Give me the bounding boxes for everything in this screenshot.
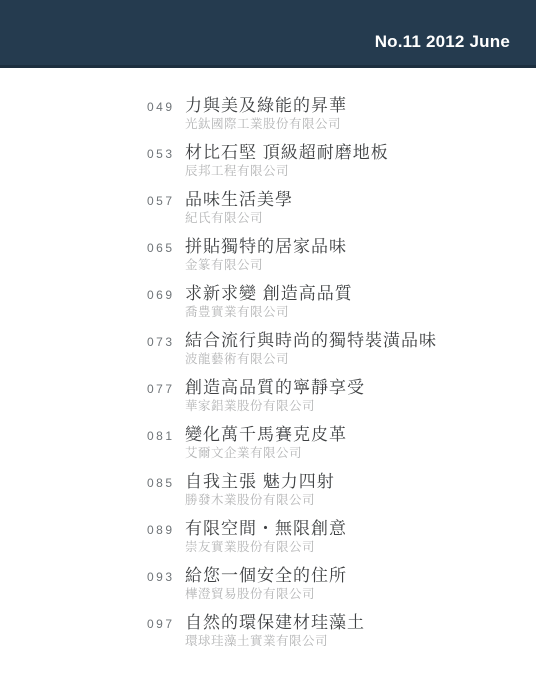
toc-entry-title: 品味生活美學	[185, 190, 527, 210]
toc-entry-title: 結合流行與時尚的獨特裝潢品味	[185, 331, 527, 351]
toc-entry-page-number: 065	[147, 241, 185, 255]
toc-entry-text: 自我主張 魅力四射 勝發木業股份有限公司	[185, 472, 527, 508]
toc-entry[interactable]: 053 材比石堅 頂級超耐磨地板 辰邦工程有限公司	[147, 143, 527, 190]
toc-entry[interactable]: 097 自然的環保建材珪藻土 環球珪藻土實業有限公司	[147, 613, 527, 660]
toc-entry-company: 光鈦國際工業股份有限公司	[185, 116, 527, 132]
toc-entry[interactable]: 049 力與美及綠能的昇華 光鈦國際工業股份有限公司	[147, 96, 527, 143]
toc-entry-company: 環球珪藻土實業有限公司	[185, 633, 527, 649]
toc-entry-page-number: 049	[147, 100, 185, 114]
toc-entry-company: 樺澄貿易股份有限公司	[185, 586, 527, 602]
toc-entry-page-number: 057	[147, 194, 185, 208]
toc-entry[interactable]: 093 給您一個安全的住所 樺澄貿易股份有限公司	[147, 566, 527, 613]
toc-entry-title: 變化萬千馬賽克皮革	[185, 425, 527, 445]
toc-entry-company: 喬豊實業有限公司	[185, 304, 527, 320]
toc-entry-text: 創造高品質的寧靜享受 華家鋁業股份有限公司	[185, 378, 527, 414]
toc-entry-page-number: 089	[147, 523, 185, 537]
toc-entry-company: 勝發木業股份有限公司	[185, 492, 527, 508]
toc-entry-title: 自然的環保建材珪藻土	[185, 613, 527, 633]
toc-entry-company: 波龍藝術有限公司	[185, 351, 527, 367]
toc-entry-text: 變化萬千馬賽克皮革 艾爾文企業有限公司	[185, 425, 527, 461]
toc-entry-page-number: 081	[147, 429, 185, 443]
toc-entry[interactable]: 077 創造高品質的寧靜享受 華家鋁業股份有限公司	[147, 378, 527, 425]
toc-entry-page-number: 069	[147, 288, 185, 302]
toc-entry-text: 拼貼獨特的居家品味 金篆有限公司	[185, 237, 527, 273]
toc-entry-page-number: 097	[147, 617, 185, 631]
toc-entry[interactable]: 085 自我主張 魅力四射 勝發木業股份有限公司	[147, 472, 527, 519]
toc-list: 049 力與美及綠能的昇華 光鈦國際工業股份有限公司 053 材比石堅 頂級超耐…	[147, 96, 527, 660]
toc-entry-text: 結合流行與時尚的獨特裝潢品味 波龍藝術有限公司	[185, 331, 527, 367]
toc-entry-title: 求新求變 創造高品質	[185, 284, 527, 304]
toc-entry-page-number: 073	[147, 335, 185, 349]
toc-entry-company: 華家鋁業股份有限公司	[185, 398, 527, 414]
toc-entry-text: 求新求變 創造高品質 喬豊實業有限公司	[185, 284, 527, 320]
toc-entry[interactable]: 069 求新求變 創造高品質 喬豊實業有限公司	[147, 284, 527, 331]
toc-entry-page-number: 077	[147, 382, 185, 396]
toc-entry-title: 有限空間・無限創意	[185, 519, 527, 539]
issue-label: No.11 2012 June	[375, 32, 510, 52]
toc-entry-company: 金篆有限公司	[185, 257, 527, 273]
toc-entry-title: 力與美及綠能的昇華	[185, 96, 527, 116]
toc-entry-company: 崇友實業股份有限公司	[185, 539, 527, 555]
toc-entry-text: 有限空間・無限創意 崇友實業股份有限公司	[185, 519, 527, 555]
toc-entry-text: 品味生活美學 紀氏有限公司	[185, 190, 527, 226]
toc-entry-title: 材比石堅 頂級超耐磨地板	[185, 143, 527, 163]
toc-entry[interactable]: 057 品味生活美學 紀氏有限公司	[147, 190, 527, 237]
toc-entry-page-number: 053	[147, 147, 185, 161]
toc-entry-company: 紀氏有限公司	[185, 210, 527, 226]
toc-entry[interactable]: 073 結合流行與時尚的獨特裝潢品味 波龍藝術有限公司	[147, 331, 527, 378]
toc-entry[interactable]: 081 變化萬千馬賽克皮革 艾爾文企業有限公司	[147, 425, 527, 472]
toc-entry-title: 創造高品質的寧靜享受	[185, 378, 527, 398]
toc-entry[interactable]: 089 有限空間・無限創意 崇友實業股份有限公司	[147, 519, 527, 566]
header-bar: No.11 2012 June	[0, 0, 536, 68]
toc-entry-page-number: 093	[147, 570, 185, 584]
toc-entry-text: 力與美及綠能的昇華 光鈦國際工業股份有限公司	[185, 96, 527, 132]
toc-entry-title: 給您一個安全的住所	[185, 566, 527, 586]
toc-entry-text: 給您一個安全的住所 樺澄貿易股份有限公司	[185, 566, 527, 602]
toc-entry-text: 自然的環保建材珪藻土 環球珪藻土實業有限公司	[185, 613, 527, 649]
toc-entry-text: 材比石堅 頂級超耐磨地板 辰邦工程有限公司	[185, 143, 527, 179]
toc-entry-page-number: 085	[147, 476, 185, 490]
toc-entry-title: 拼貼獨特的居家品味	[185, 237, 527, 257]
toc-entry-company: 辰邦工程有限公司	[185, 163, 527, 179]
toc-entry[interactable]: 065 拼貼獨特的居家品味 金篆有限公司	[147, 237, 527, 284]
toc-entry-title: 自我主張 魅力四射	[185, 472, 527, 492]
toc-entry-company: 艾爾文企業有限公司	[185, 445, 527, 461]
